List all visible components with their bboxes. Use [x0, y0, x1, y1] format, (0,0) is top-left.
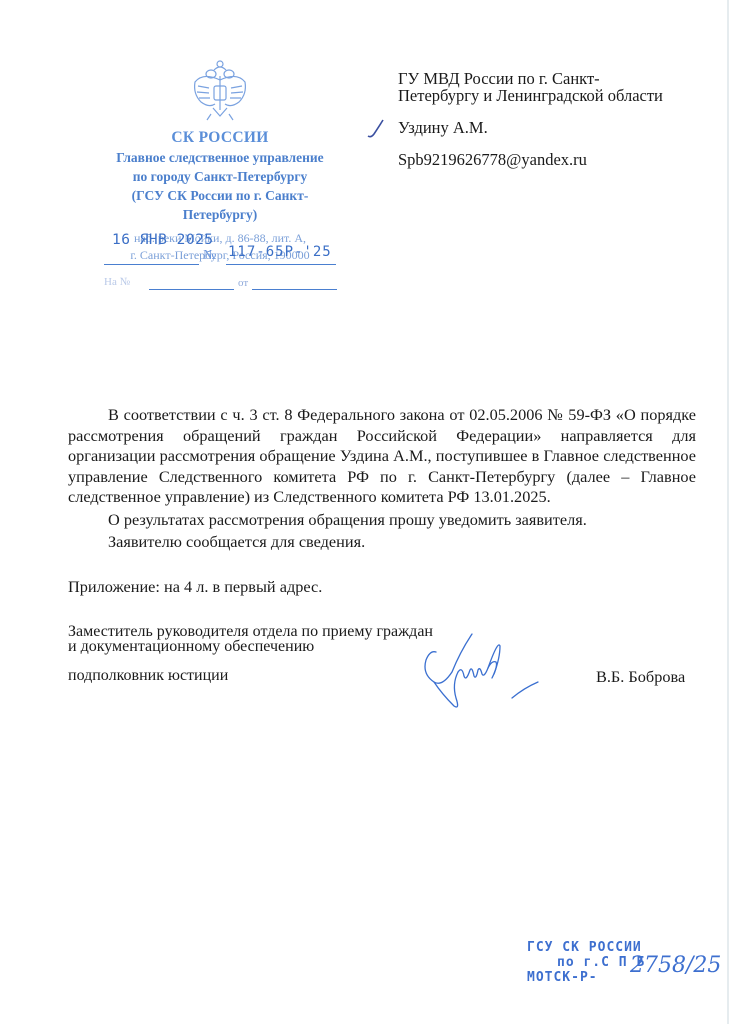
- body-paragraph: В соответствии с ч. 3 ст. 8 Федерального…: [68, 405, 696, 508]
- signer-position: Заместитель руководителя отдела по прием…: [68, 624, 433, 654]
- signer-position-line1: Заместитель руководителя отдела по прием…: [68, 624, 433, 639]
- addressee-org-line1: ГУ МВД России по г. Санкт-: [398, 70, 718, 87]
- underline: [104, 264, 199, 265]
- signer-position-line2: и документационному обеспечению: [68, 639, 433, 654]
- addressee-name: Уздину А.М.: [398, 119, 718, 136]
- body-paragraph: Заявителю сообщается для сведения.: [68, 532, 696, 553]
- attachment-note: Приложение: на 4 л. в первый адрес.: [68, 577, 322, 597]
- letter-body: В соответствии с ч. 3 ст. 8 Федерального…: [68, 405, 696, 553]
- reference-line: На № от: [104, 276, 336, 290]
- eagle-emblem-icon: [189, 58, 251, 124]
- underline: [226, 264, 336, 265]
- page-edge: [727, 0, 729, 1024]
- registration-date: 16 ЯНВ 2025: [112, 232, 214, 248]
- stamp-org-line: по городу Санкт-Петербургу: [95, 167, 345, 186]
- handwritten-signature-icon: [412, 632, 542, 712]
- signer-name: В.Б. Боброва: [596, 667, 685, 687]
- signer-rank: подполковник юстиции: [68, 667, 228, 685]
- incoming-stamp-line1: ГСУ СК РОССИИ: [527, 940, 645, 955]
- stamp-org-line: (ГСУ СК России по г. Санкт-Петербургу): [95, 186, 345, 224]
- number-sign: №: [203, 248, 216, 264]
- registration-number-line: № 117-65Р-'25: [104, 251, 336, 265]
- body-paragraph: О результатах рассмотрения обращения про…: [68, 510, 696, 531]
- incoming-stamp-line2: по г.С П Б: [527, 955, 645, 970]
- stamp-org-line: Главное следственное управление: [95, 148, 345, 167]
- incoming-handwritten-number: 2758/25: [630, 958, 721, 973]
- underline: [149, 289, 234, 290]
- stamp-org-short: СК РОССИИ: [95, 128, 345, 148]
- incoming-stamp-line3: МОТСК-Р-: [527, 970, 645, 985]
- addressee-block: ГУ МВД России по г. Санкт- Петербургу и …: [398, 70, 718, 168]
- underline: [252, 289, 337, 290]
- reference-label: На №: [104, 276, 130, 288]
- addressee-email: Spb9219626778@yandex.ru: [398, 151, 718, 168]
- incoming-registration-stamp: ГСУ СК РОССИИ по г.С П Б МОТСК-Р- 2758/2…: [527, 940, 645, 985]
- addressee-org-line2: Петербургу и Ленинградской области: [398, 87, 718, 104]
- reference-from-label: от: [238, 277, 248, 289]
- registration-number: 117-65Р-'25: [228, 244, 332, 260]
- check-mark-icon: [366, 118, 386, 140]
